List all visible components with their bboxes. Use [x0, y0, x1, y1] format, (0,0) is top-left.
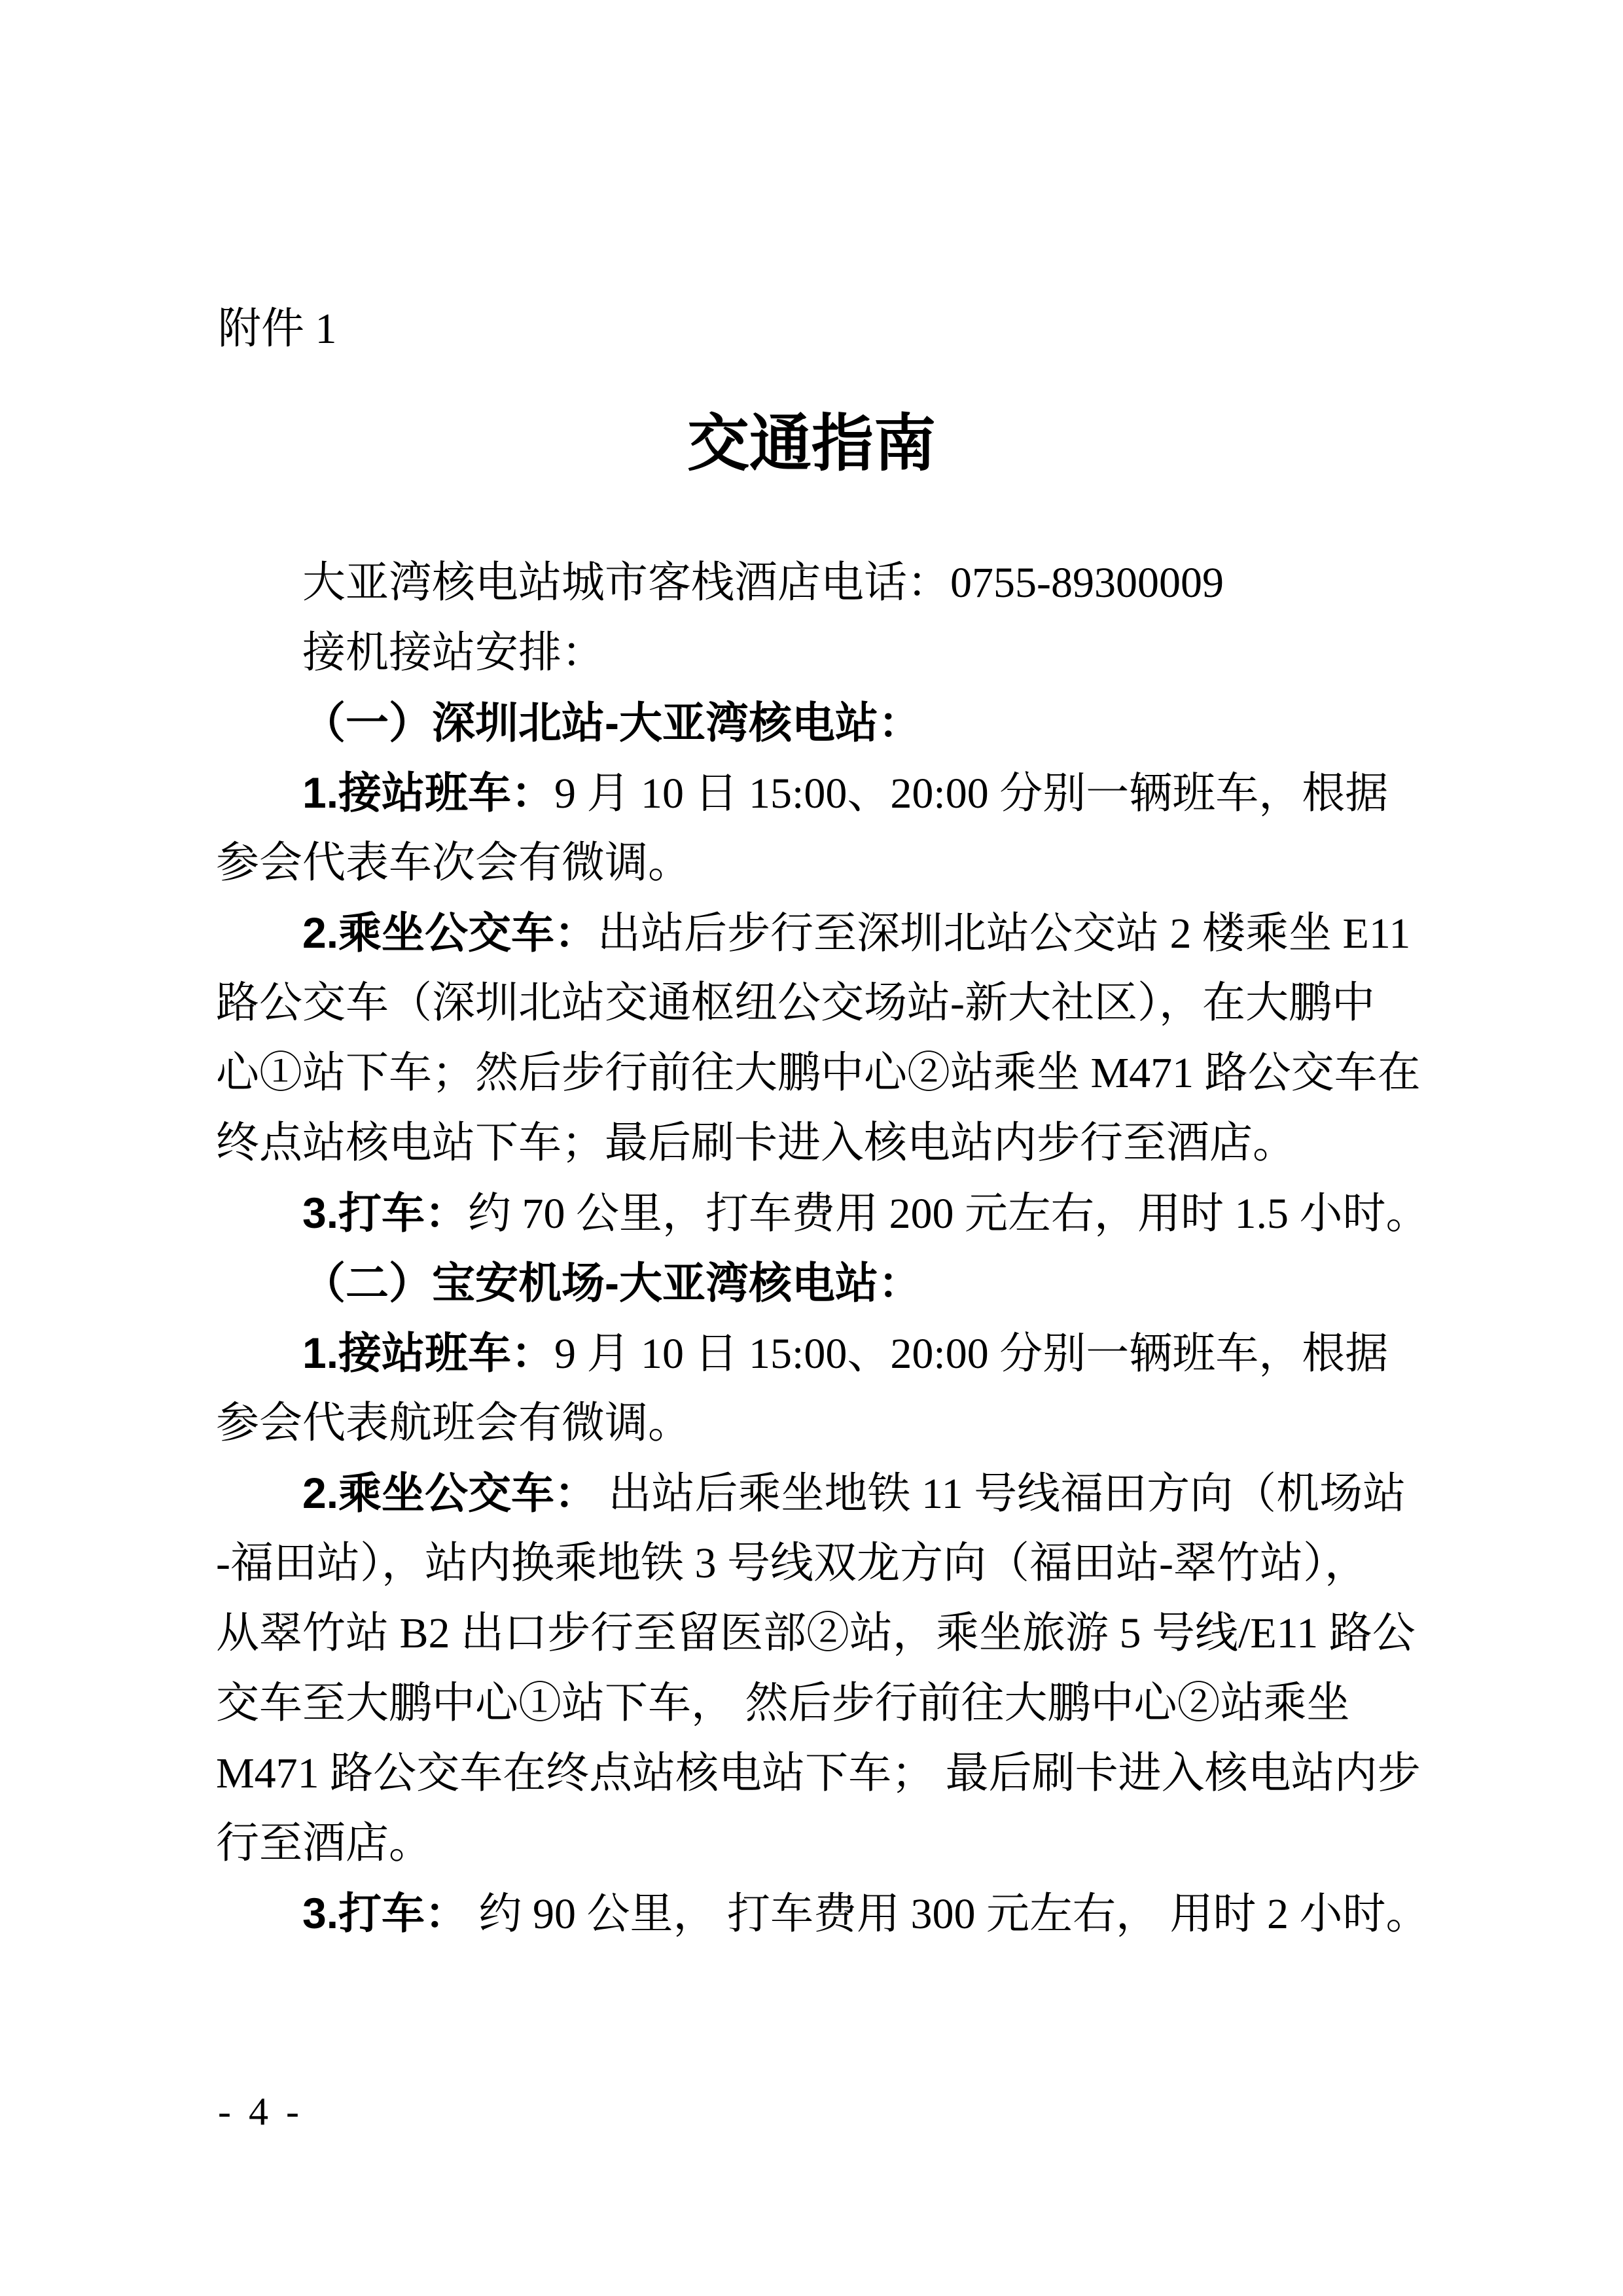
text-segment: 参会代表车次会有微调。 [216, 839, 691, 887]
text-segment: 出站后乘坐地铁 11 号线福田方向（机场站 [597, 1470, 1406, 1518]
text-line: 3.打车： 约 90 公里， 打车费用 300 元左右， 用时 2 小时。 [216, 1878, 1433, 1948]
text-segment-bold: 1.接站班车： [302, 768, 554, 817]
text-segment: 参会代表航班会有微调。 [216, 1399, 691, 1447]
text-segment-bold: （二）宝安机场-大亚湾核电站： [302, 1259, 921, 1307]
text-line: 路公交车（深圳北站交通枢纽公交场站-新大社区），在大鹏中 [216, 968, 1433, 1038]
text-line: 行至酒店。 [216, 1808, 1433, 1878]
text-line: （一）深圳北站-大亚湾核电站： [216, 688, 1433, 758]
text-segment: 心①站下车；然后步行前往大鹏中心②站乘坐 M471 路公交车在 [216, 1049, 1421, 1097]
text-segment-bold: 1.接站班车： [302, 1329, 554, 1377]
attachment-label: 附件 1 [218, 308, 337, 351]
text-line: 参会代表航班会有微调。 [216, 1388, 1433, 1458]
text-line: 从翠竹站 B2 出口步行至留医部②站，乘坐旅游 5 号线/E11 路公 [216, 1598, 1433, 1668]
text-segment: 交车至大鹏中心①站下车， 然后步行前往大鹏中心②站乘坐 [216, 1679, 1350, 1727]
text-segment-bold: 3.打车： [302, 1189, 468, 1237]
text-line: 终点站核电站下车；最后刷卡进入核电站内步行至酒店。 [216, 1108, 1433, 1178]
text-line: 接机接站安排： [216, 618, 1433, 688]
text-segment-bold: 3.打车： [302, 1889, 468, 1937]
text-line: 大亚湾核电站城市客栈酒店电话：0755-89300009 [216, 548, 1433, 618]
text-segment: 约 70 公里，打车费用 200 元左右，用时 1.5 小时。 [468, 1190, 1429, 1238]
text-segment: 出站后步行至深圳北站公交站 2 楼乘坐 E11 [597, 910, 1410, 958]
text-segment: 约 90 公里， 打车费用 300 元左右， 用时 2 小时。 [468, 1890, 1429, 1938]
text-line: 2.乘坐公交车： 出站后乘坐地铁 11 号线福田方向（机场站 [216, 1458, 1433, 1528]
text-segment: 终点站核电站下车；最后刷卡进入核电站内步行至酒店。 [216, 1119, 1296, 1167]
page-number: - 4 - [218, 2092, 303, 2131]
text-line: 2.乘坐公交车：出站后步行至深圳北站公交站 2 楼乘坐 E11 [216, 898, 1433, 968]
text-line: -福田站），站内换乘地铁 3 号线双龙方向（福田站-翠竹站）， [216, 1528, 1433, 1598]
text-segment-bold: 2.乘坐公交车： [302, 1469, 597, 1517]
text-line: M471 路公交车在终点站核电站下车； 最后刷卡进入核电站内步 [216, 1738, 1433, 1808]
document-page: 附件 1 交通指南 大亚湾核电站城市客栈酒店电话：0755-89300009接机… [0, 0, 1623, 2296]
document-body: 大亚湾核电站城市客栈酒店电话：0755-89300009接机接站安排：（一）深圳… [216, 548, 1433, 1948]
text-segment: -福田站），站内换乘地铁 3 号线双龙方向（福田站-翠竹站）， [216, 1539, 1368, 1587]
text-segment: 行至酒店。 [216, 1820, 432, 1867]
text-line: 1.接站班车：9 月 10 日 15:00、20:00 分别一辆班车，根据 [216, 1318, 1433, 1388]
text-segment: 9 月 10 日 15:00、20:00 分别一辆班车，根据 [554, 770, 1388, 817]
text-segment-bold: （一）深圳北站-大亚湾核电站： [302, 698, 921, 747]
text-segment: 路公交车（深圳北站交通枢纽公交场站-新大社区），在大鹏中 [216, 979, 1375, 1027]
text-line: 1.接站班车：9 月 10 日 15:00、20:00 分别一辆班车，根据 [216, 758, 1433, 828]
text-line: 交车至大鹏中心①站下车， 然后步行前往大鹏中心②站乘坐 [216, 1668, 1433, 1738]
text-segment: 从翠竹站 B2 出口步行至留医部②站，乘坐旅游 5 号线/E11 路公 [216, 1609, 1416, 1657]
text-segment: 大亚湾核电站城市客栈酒店电话：0755-89300009 [302, 559, 1224, 607]
text-line: 3.打车：约 70 公里，打车费用 200 元左右，用时 1.5 小时。 [216, 1178, 1433, 1248]
text-line: （二）宝安机场-大亚湾核电站： [216, 1248, 1433, 1318]
text-segment: 接机接站安排： [302, 629, 605, 677]
text-line: 参会代表车次会有微调。 [216, 828, 1433, 898]
text-segment-bold: 2.乘坐公交车： [302, 908, 597, 957]
text-segment: M471 路公交车在终点站核电站下车； 最后刷卡进入核电站内步 [216, 1749, 1421, 1797]
text-line: 心①站下车；然后步行前往大鹏中心②站乘坐 M471 路公交车在 [216, 1038, 1433, 1108]
page-title: 交通指南 [0, 411, 1623, 476]
text-segment: 9 月 10 日 15:00、20:00 分别一辆班车，根据 [554, 1330, 1388, 1378]
